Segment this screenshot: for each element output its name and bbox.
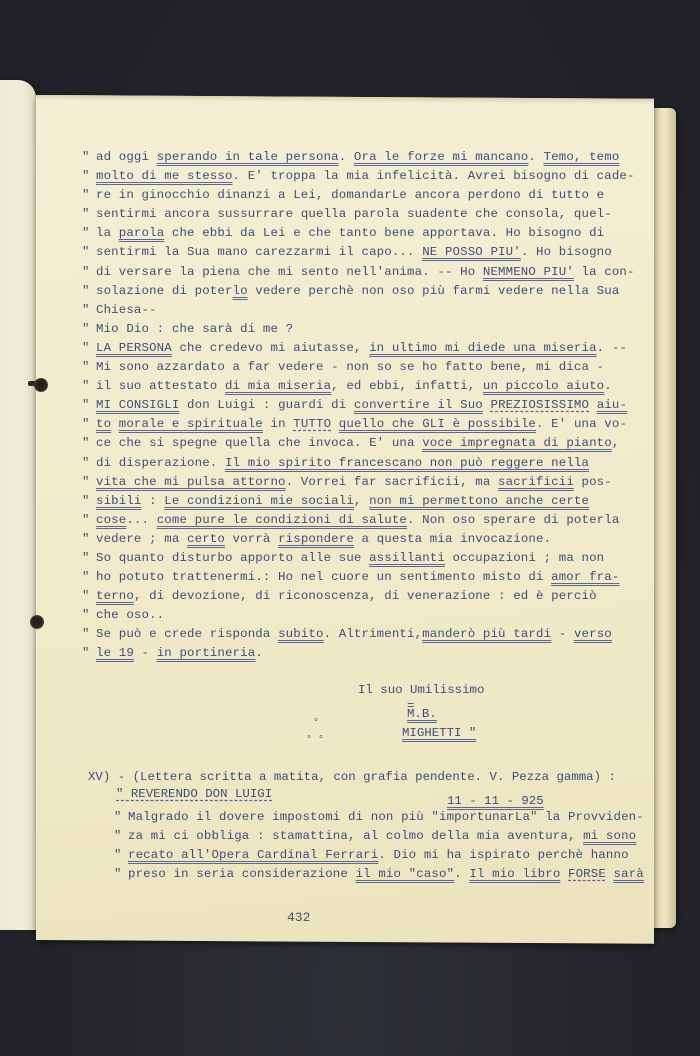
underlined-text: voce impregnata di pianto bbox=[422, 436, 612, 450]
text-segment: . Non oso sperare di poterla bbox=[407, 513, 619, 527]
underlined-text: cose bbox=[96, 513, 126, 527]
page-number: 432 bbox=[287, 910, 310, 925]
text-segment: . bbox=[255, 646, 263, 660]
text-segment: So quanto disturbo apporto alle sue bbox=[96, 551, 369, 565]
text-segment: Se può e crede risponda bbox=[96, 627, 278, 641]
underlined-text: Il mio libro bbox=[469, 867, 560, 881]
quote-mark: " bbox=[82, 263, 96, 282]
quote-mark: " bbox=[82, 339, 96, 358]
text-segment: preso in seria considerazione bbox=[128, 867, 356, 881]
text-line: "MI CONSIGLI don Luigi : guardi di conve… bbox=[82, 396, 652, 415]
quote-mark: " bbox=[82, 148, 96, 167]
text-line: "ce che si spegne quella che invoca. E' … bbox=[82, 434, 652, 453]
text-line: "ad oggi sperando in tale persona. Ora l… bbox=[82, 148, 652, 167]
quote-mark: " bbox=[82, 167, 96, 186]
underlined-text: verso bbox=[574, 627, 612, 641]
underlined-text: amor fra- bbox=[551, 570, 619, 584]
quote-mark: " bbox=[82, 511, 96, 530]
underlined-text: non mi permettono anche certe bbox=[369, 494, 589, 508]
underlined-text: MI CONSIGLI bbox=[96, 398, 179, 412]
underlined-text: parola bbox=[119, 226, 165, 240]
quote-mark: " bbox=[82, 492, 96, 511]
text-line: "to morale e spirituale in TUTTO quello … bbox=[82, 415, 652, 434]
text-segment: pos- bbox=[574, 475, 612, 489]
text-segment: . Ho bisogno bbox=[521, 245, 612, 259]
letter-continuation-body: "ad oggi sperando in tale persona. Ora l… bbox=[82, 148, 652, 664]
quote-mark: " bbox=[82, 473, 96, 492]
text-segment: ho potuto trattenermi.: Ho nel cuore un … bbox=[96, 570, 551, 584]
signature-initials: M.B. bbox=[407, 705, 437, 724]
text-segment: : bbox=[142, 494, 165, 508]
text-segment: solazione di poter bbox=[96, 284, 233, 298]
underlined-text: recato all'Opera Cardinal Ferrari bbox=[128, 848, 378, 862]
underlined-text: manderò più tardi bbox=[422, 627, 551, 641]
underlined-text: Le condizioni mie sociali bbox=[164, 494, 354, 508]
letter-text-block: "ad oggi sperando in tale persona. Ora l… bbox=[82, 148, 652, 664]
underlined-text: to bbox=[96, 417, 111, 431]
text-line: "vedere ; ma certo vorrà rispondere a qu… bbox=[82, 530, 652, 549]
text-line: "re in ginocchio dinanzi a Lei, domandar… bbox=[82, 186, 652, 205]
text-segment: Chiesa-- bbox=[96, 303, 157, 317]
text-line: "di versare la piena che mi sento nell'a… bbox=[82, 263, 652, 282]
text-line: "vita che mi pulsa attorno. Vorrei far s… bbox=[82, 473, 652, 492]
text-line: "sentirmi la Sua mano carezzarmi il capo… bbox=[82, 243, 652, 262]
quote-mark: " bbox=[82, 243, 96, 262]
text-line: "sentirmi ancora sussurrare quella parol… bbox=[82, 205, 652, 224]
underlined-text: morale e spirituale bbox=[119, 417, 263, 431]
text-line: "Chiesa-- bbox=[82, 301, 652, 320]
text-segment: che oso.. bbox=[96, 608, 164, 622]
text-segment bbox=[589, 398, 597, 412]
text-segment: . Altrimenti, bbox=[324, 627, 423, 641]
underlined-text: Il mio spirito francescano non può regge… bbox=[225, 456, 589, 470]
text-segment: . bbox=[528, 150, 543, 164]
facing-left-page-edge bbox=[0, 80, 36, 930]
quote-mark: " bbox=[82, 320, 96, 339]
quote-mark: " bbox=[82, 377, 96, 396]
underlined-text: di mia miseria bbox=[225, 379, 331, 393]
text-segment: che credevo mi aiutasse, bbox=[172, 341, 369, 355]
text-segment: , ed ebbi, infatti, bbox=[331, 379, 483, 393]
underlined-text: assillanti bbox=[369, 551, 445, 565]
text-segment: vorrà bbox=[225, 532, 278, 546]
text-segment: di versare la piena che mi sento nell'an… bbox=[96, 265, 483, 279]
text-segment: . E' una vo- bbox=[536, 417, 627, 431]
text-segment: ce che si spegne quella che invoca. E' u… bbox=[96, 436, 422, 450]
underlined-text: NE POSSO PIU' bbox=[422, 245, 521, 259]
quote-mark: " bbox=[82, 358, 96, 377]
quote-mark: " bbox=[82, 282, 96, 301]
text-segment: Malgrado il dovere impostomi di non più … bbox=[128, 810, 644, 824]
underlined-text: sacrificii bbox=[498, 475, 574, 489]
text-segment: , bbox=[354, 494, 369, 508]
text-segment: vedere ; ma bbox=[96, 532, 187, 546]
quote-mark: " bbox=[82, 454, 96, 473]
text-segment: la con- bbox=[574, 265, 635, 279]
text-line: "za mi ci obbliga : stamattina, al colmo… bbox=[114, 827, 684, 846]
text-segment: che ebbi da Lei e che tanto bene apporta… bbox=[164, 226, 604, 240]
text-segment: vedere perchè non oso più farmi vedere n… bbox=[248, 284, 620, 298]
quote-mark: " bbox=[82, 644, 96, 663]
letter-salutation: " REVERENDO DON LUIGI bbox=[116, 785, 272, 804]
quote-mark: " bbox=[82, 625, 96, 644]
text-segment: sentirmi ancora bbox=[96, 207, 217, 221]
next-letter-body: "Malgrado il dovere impostomi di non più… bbox=[114, 808, 684, 884]
text-segment: . Dio mi ha ispirato perchè hanno bbox=[378, 848, 628, 862]
underlined-text: in portineria bbox=[157, 646, 256, 660]
text-segment: za mi ci obbliga : stamattina, al colmo … bbox=[128, 829, 583, 843]
underlined-text: le 19 bbox=[96, 646, 134, 660]
text-line: "cose... come pure le condizioni di salu… bbox=[82, 511, 652, 530]
underlined-text: subito bbox=[278, 627, 324, 641]
text-segment: . bbox=[339, 150, 354, 164]
text-line: "Malgrado il dovere impostomi di non più… bbox=[114, 808, 684, 827]
text-line: "il suo attestato di mia miseria, ed ebb… bbox=[82, 377, 652, 396]
text-segment: occupazioni ; ma non bbox=[445, 551, 604, 565]
quote-mark: " bbox=[82, 205, 96, 224]
text-line: "di disperazione. Il mio spirito frances… bbox=[82, 454, 652, 473]
quote-mark: " bbox=[82, 549, 96, 568]
quote-mark: " bbox=[82, 587, 96, 606]
underlined-text: certo bbox=[187, 532, 225, 546]
text-segment: il suo attestato bbox=[96, 379, 225, 393]
section-separator-mark: ° ° bbox=[306, 735, 324, 746]
underlined-text: terno bbox=[96, 589, 134, 603]
quote-mark: " bbox=[82, 186, 96, 205]
text-segment: a questa mia invocazione. bbox=[354, 532, 551, 546]
text-segment: di disperazione. bbox=[96, 456, 225, 470]
text-segment: . Vorrei far sacrificii, ma bbox=[286, 475, 498, 489]
underlined-text: come pure le condizioni di salute bbox=[157, 513, 407, 527]
text-segment: sentirmi la Sua mano carezzarmi il capo.… bbox=[96, 245, 422, 259]
text-segment: . E' troppa la mia infelicità. Avrei bis… bbox=[233, 169, 635, 183]
quote-mark: " bbox=[114, 846, 128, 865]
text-line: "sibili : Le condizioni mie sociali, non… bbox=[82, 492, 652, 511]
quote-mark: " bbox=[82, 301, 96, 320]
text-line: "Mi sono azzardato a far vedere - non so… bbox=[82, 358, 652, 377]
text-line: "recato all'Opera Cardinal Ferrari. Dio … bbox=[114, 846, 684, 865]
underlined-text: sperando in tale persona bbox=[157, 150, 339, 164]
text-segment: Mio Dio : che sarà di me ? bbox=[96, 322, 293, 336]
text-line: "solazione di poterlo vedere perchè non … bbox=[82, 282, 652, 301]
text-segment bbox=[606, 867, 614, 881]
text-line: "So quanto disturbo apporto alle sue ass… bbox=[82, 549, 652, 568]
underlined-text: convertire il Suo bbox=[354, 398, 483, 412]
text-segment bbox=[331, 417, 339, 431]
quote-mark: " bbox=[82, 606, 96, 625]
text-line: "la parola che ebbi da Lei e che tanto b… bbox=[82, 224, 652, 243]
quote-mark: " bbox=[82, 224, 96, 243]
quote-mark: " bbox=[114, 827, 128, 846]
text-segment: . bbox=[454, 867, 469, 881]
text-segment: . bbox=[604, 379, 612, 393]
text-segment bbox=[111, 417, 119, 431]
underlined-text: aiu- bbox=[597, 398, 627, 412]
next-letter-text-block: "Malgrado il dovere impostomi di non più… bbox=[114, 808, 684, 884]
quote-mark: " bbox=[82, 434, 96, 453]
underlined-text: PREZIOSISSIMO bbox=[490, 398, 589, 412]
underlined-text: molto di me stesso bbox=[96, 169, 233, 183]
underlined-text: vita che mi pulsa attorno bbox=[96, 475, 286, 489]
text-line: "che oso.. bbox=[82, 606, 652, 625]
quote-mark: " bbox=[82, 568, 96, 587]
text-line: "terno, di devozione, di riconoscenza, d… bbox=[82, 587, 652, 606]
underlined-text: sarà bbox=[614, 867, 644, 881]
quote-mark: " bbox=[82, 415, 96, 434]
text-line: "LA PERSONA che credevo mi aiutasse, in … bbox=[82, 339, 652, 358]
underlined-text: TUTTO bbox=[293, 417, 331, 431]
underlined-text: in ultimo mi diede una miseria bbox=[369, 341, 597, 355]
text-line: "Se può e crede risponda subito. Altrime… bbox=[82, 625, 652, 644]
underlined-text: Ora le forze mi mancano bbox=[354, 150, 528, 164]
text-line: "ho potuto trattenermi.: Ho nel cuore un… bbox=[82, 568, 652, 587]
text-segment: ad oggi bbox=[96, 150, 157, 164]
underlined-text: NEMMENO PIU' bbox=[483, 265, 574, 279]
closing-line: Il suo Umilissimo bbox=[358, 681, 484, 700]
text-line: "preso in seria considerazione il mio "c… bbox=[114, 865, 684, 884]
text-segment: re in ginocchio dinanzi a Lei, domandarL… bbox=[96, 188, 604, 202]
text-segment: , bbox=[612, 436, 620, 450]
quote-mark: " bbox=[82, 396, 96, 415]
underlined-text: un piccolo aiuto bbox=[483, 379, 604, 393]
underlined-text: mi sono bbox=[583, 829, 636, 843]
underlined-text: quello che GLI è possibile bbox=[339, 417, 536, 431]
text-segment: ... bbox=[126, 513, 156, 527]
text-segment: su bbox=[217, 207, 232, 221]
quote-mark: " bbox=[114, 865, 128, 884]
underlined-text: il mio "caso" bbox=[356, 867, 455, 881]
text-segment: la bbox=[96, 226, 119, 240]
underlined-text: sibili bbox=[96, 494, 142, 508]
underlined-text: rispondere bbox=[278, 532, 354, 546]
text-segment: ssurrare quella parola suadente che cons… bbox=[233, 207, 612, 221]
text-segment: . -- bbox=[597, 341, 627, 355]
underlined-text: lo bbox=[233, 284, 248, 298]
text-line: "molto di me stesso. E' troppa la mia in… bbox=[82, 167, 652, 186]
text-segment: don Luigi : guardi di bbox=[179, 398, 353, 412]
punch-hole-icon bbox=[30, 615, 44, 629]
section-separator-mark: ° bbox=[313, 718, 319, 729]
underlined-text: LA PERSONA bbox=[96, 341, 172, 355]
punch-hole-icon bbox=[34, 378, 48, 392]
quote-mark: " bbox=[82, 530, 96, 549]
text-segment: in bbox=[263, 417, 293, 431]
text-segment: Mi sono azzardato a far vedere - non so … bbox=[96, 360, 604, 374]
text-line: "Mio Dio : che sarà di me ? bbox=[82, 320, 652, 339]
text-segment: - bbox=[551, 627, 574, 641]
quote-mark: " bbox=[114, 808, 128, 827]
signature-name: MIGHETTI " bbox=[402, 724, 476, 743]
text-segment bbox=[560, 867, 568, 881]
text-segment: , di devozione, di riconoscenza, di vene… bbox=[134, 589, 597, 603]
text-segment: - bbox=[134, 646, 157, 660]
text-line: "le 19 - in portineria. bbox=[82, 644, 652, 663]
underlined-text: Temo, temo bbox=[544, 150, 620, 164]
underlined-text: FORSE bbox=[568, 867, 606, 881]
